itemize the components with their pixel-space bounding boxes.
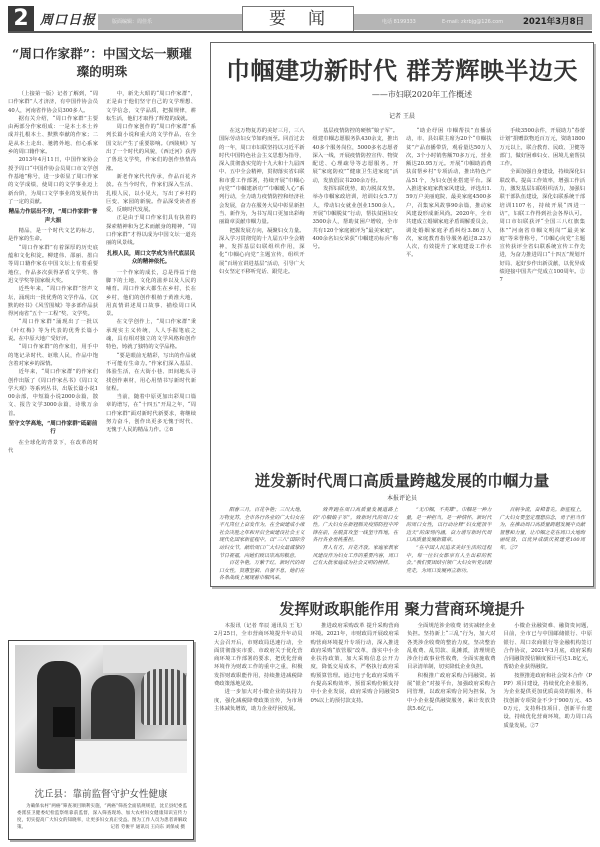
- finance-article-columns: 本报讯（记者 牟辰 通讯员 王飞）2月25日，全市营商环境提升年动员大会召开后，…: [214, 622, 592, 730]
- paragraph: 发挥妇联优势，助力脱贫攻坚。举办巾帼家政培训，培训妇女5.7万人，带动妇女就业创…: [313, 185, 399, 251]
- paragraph: 阳春三月，百花争艳；三川大地，万物复苏。全市各行各业的广大妇女在平凡岗位上奋发作…: [219, 507, 305, 560]
- commentary-col-1: 阳春三月，百花争艳；三川大地，万物复苏。全市各行各业的广大妇女在平凡岗位上奋发作…: [219, 507, 305, 583]
- paragraph: 小微企业融资难、融资贵问题，目前，全市已与中国邮储银行、中原银行、周口农商银行等…: [504, 622, 593, 672]
- main-article-columns: 在这万物复苏的美好三月，三八国际劳动妇女节如约而至。回首过去的一年，周口市妇联坚…: [219, 127, 585, 285]
- paragraph: 推进政府采购改革 提升采购营商环境。2021年，市财政局开展政府采购营商环境提升…: [311, 622, 400, 705]
- paragraph: 进一步加大对小微企业的扶持力度，强化减税降费政策宣传，为市场主体减负增效，助力企…: [214, 688, 303, 713]
- main-subheadline: ——市妇联2020年工作概述: [211, 89, 593, 100]
- photo-bed: [75, 739, 187, 773]
- paragraph: 当前，随着中原更加出彩周口篇章的谱写，在“十四五”开局之年，“周口作家群”面对新…: [106, 393, 196, 434]
- section-title: 要闻: [242, 6, 354, 32]
- subheading: 坚守文学高地，“周口作家群”砥砺前行: [8, 420, 98, 437]
- photo-news-box: 沈丘县：靠前监督守护女性健康 为确保农村“两癌”筛查项目顺利实施，“两癌”筛查全…: [8, 640, 194, 840]
- main-col-4: 手续3500余件，开展助力“春蕾计划”捐赠款物近百万元，资助1800万元以上，联…: [500, 127, 586, 285]
- paragraph: 近年来，“周口作家群”的作家们创作出版了《周口作家丛书》《周口文学大观》等系列丛…: [8, 368, 98, 418]
- commentary-col-2: 致奔跑在周口高质量发展道路上的“巾帼娘子军”，致新时代的周口女性。广大妇女在新冠…: [313, 507, 399, 583]
- paragraph: （上接第一版）记者了解到，“周口作家群”人才济济，有中国作协会员40人，河南省作…: [8, 90, 98, 115]
- finance-col-1: 本报讯（记者 牟辰 通讯员 王飞）2月25日，全市营商环境提升年动员大会召开后，…: [214, 622, 303, 730]
- commentary-headline: 迸发新时代周口高质量跨越发展的巾帼力量: [211, 469, 593, 491]
- commentary-col-3: “无巾帼，不英雄”。巾帼是一种力量，是一种担当，是一种情怀。新时代的周口女性，以…: [406, 507, 492, 583]
- paragraph: 新老作家代代传承，作品百花齐放。在当今时代，作家们深入生活、扎根人民，以小见大，…: [106, 173, 196, 214]
- subheading: 精品力作层出不穷，“周口作家群”誉声大振: [8, 208, 98, 225]
- paragraph: 在文学创作上，“周口作家群”秉承现实主义传统，人人手握笔底之魂，具有相对独立的文…: [106, 318, 196, 351]
- main-feature-box: 巾帼建功新时代 群芳辉映半边天 ——市妇联2020年工作概述 记者 王晨 在这万…: [210, 42, 594, 587]
- left-article-columns: （上接第一版）记者了解到，“周口作家群”人才济济，有中国作协会员40人，河南省作…: [8, 90, 196, 456]
- paragraph: 育人有方，百花齐放。家庭家教家风建设作为妇女工作的重要内容，周口已有大批家庭成为…: [313, 545, 399, 568]
- paragraph: 2013年4月11日，中国作家协会授予周口“中国作协会员周口市文学创作基地”称号…: [8, 156, 98, 206]
- paragraph: 百花争艳，万紫千红。新时代的周口女性，贤惠坚毅、自强不息，她们在各条战线上展现着…: [219, 560, 305, 583]
- finance-col-4: 小微企业融资难、融资贵问题，目前，全市已与中国邮储银行、中原银行、周口农商银行等…: [504, 622, 593, 730]
- commentary-columns: 阳春三月，百花争艳；三川大地，万物复苏。全市各行各业的广大妇女在平凡岗位上奋发作…: [219, 507, 585, 583]
- left-article-col-2: 中，新先大昭的“周口作家群”，正是由于他们坚守自己的文学理想、文学信念，文学品质…: [106, 90, 196, 456]
- finance-col-3: 全面规范涉企收费 切实减轻企业负担。坚持新上“三乱”行为，加大对各类涉企收费的整…: [407, 622, 496, 730]
- paragraph: 百舸争流，奋楫者先。新征程上，广大妇女要坚定理想信念，勇于担当作为，在推动周口高…: [500, 507, 586, 553]
- paragraph: “无巾帼，不英雄”。巾帼是一种力量，是一种担当，是一种情怀。新时代的周口女性，以…: [406, 507, 492, 545]
- paragraph: 全面规范涉企收费 切实减轻企业负担。坚持新上“三乱”行为，加大对各类涉企收费的整…: [407, 622, 496, 672]
- newspaper-logo: 周口日报: [40, 9, 96, 28]
- main-col-1: 在这万物复苏的美好三月，三八国际劳动妇女节如约而至。回首过去的一年，周口市妇联坚…: [219, 127, 305, 285]
- paragraph: 在全球化的背景下，在改革的时代: [8, 439, 98, 456]
- paragraph: “周口作家群”的作家们，用手中的笔记录时代、讴歌人民，作品中饱含着对家乡的深情。: [8, 343, 98, 368]
- main-col-3: “助企纾困 巾帼帮扶”直播活动，市、县妇联主席为20个“巾帼扶贫”产品直播带货，…: [406, 127, 492, 285]
- paragraph: 基层疫情防控的硬核“娘子军”。组建巾帼志愿服务队430余支，推出40多个服务岗位…: [313, 127, 399, 185]
- page-number: 2: [8, 6, 34, 32]
- left-article-title: “周口作家群”：中国文坛一颗璀璨的明珠: [8, 44, 196, 80]
- paragraph: 全面加强自身建设，持续深化妇联改革。提高工作效率，增强工作活力，激发基层妇联组织…: [500, 168, 586, 284]
- paragraph: “要是眼前无精彩，写出的作品就不可能有生命力。”作家们深入基层、体验生活，在大街…: [106, 352, 196, 393]
- paragraph: 在这万物复苏的美好三月，三八国际劳动妇女节如约而至。回首过去的一年，周口市妇联坚…: [219, 127, 305, 227]
- commentary-col-4: 百舸争流，奋楫者先。新征程上，广大妇女要坚定理想信念，勇于担当作为，在推动周口高…: [500, 507, 586, 583]
- paragraph: 一个作家的成长，总是得益于他脚下的土地，文化的滋养以及人民的哺育。周口作家大都生…: [106, 269, 196, 319]
- paragraph: “周口作家群”有着深厚的历史底蕴和文化积淀。柳建伟、邵丽、墨白等周口籍作家在中国…: [8, 244, 98, 285]
- paragraph: 周口作家创作的“周口作家群”系列长篇小说和重大的文学作品，在全国文坛产生了重要影…: [106, 123, 196, 173]
- paragraph: 精品，是一个时代文艺的标志，是作家的生命。: [8, 227, 98, 244]
- paragraph: 正是由于周口作家们具有执着的探索精神和为艺术而献身的精神，“周口作家群”才得以成…: [106, 214, 196, 247]
- paragraph: 本报讯（记者 牟辰 通讯员 王飞）2月25日，全市营商环境提升年动员大会召开后，…: [214, 622, 303, 688]
- photo-tablet: [53, 707, 75, 737]
- masthead-band-left: 版面编辑：周佳乐: [98, 14, 242, 30]
- main-byline: 记者 王晨: [211, 111, 593, 120]
- commentary-author: 本报评论员: [211, 493, 593, 502]
- paragraph: “在中国人民追求美好生活的过程中，每一位妇女都享有人生出彩的机会。”我们要团结引…: [406, 545, 492, 575]
- email-label: E-mail: zkrbjg@126.com: [442, 14, 503, 30]
- paragraph: “周口作家群”涌现出了一批以《叶红梅》等为代表的优秀长篇小说。在中原大地广受好评…: [8, 318, 98, 343]
- main-col-2: 基层疫情防控的硬核“娘子军”。组建巾帼志愿服务队430余支，推出40多个服务岗位…: [313, 127, 399, 285]
- photo-patient: [141, 669, 187, 725]
- paragraph: “助企纾困 巾帼帮扶”直播活动，市、县妇联主席为20个“巾帼扶贫”产品直播带货，…: [406, 127, 492, 260]
- main-headline: 巾帼建功新时代 群芳辉映半边天: [211, 51, 593, 86]
- finance-headline: 发挥财政职能作用 聚力营商环境提升: [210, 598, 594, 619]
- left-article: “周口作家群”：中国文坛一颗璀璨的明珠 （上接第一版）记者了解到，“周口作家群”…: [8, 40, 196, 456]
- finance-col-2: 推进政府采购改革 提升采购营商环境。2021年，市财政局开展政府采购营商环境提升…: [311, 622, 400, 730]
- issue-date: 2021年3月8日: [523, 14, 584, 30]
- caption-credit: 记者 劳俊平 通讯员 王向东 刘保成 摄: [110, 824, 185, 830]
- paragraph: 据有关介绍，“周口作家群”主要由两部分作家组成：一是本土本土养成并扎根本土、默默…: [8, 115, 98, 156]
- phone-label: 电话 8199333: [382, 14, 416, 30]
- masthead-rule: [8, 31, 592, 33]
- paragraph: 近些年来，“周口作家群”誉声文坛，涌现出一批优秀的文学作品，《沉默的经书》《风雪…: [8, 285, 98, 318]
- paragraph: 积极推广政府采购合同融资。拓展“银企”对接平台，加强政府采购合同管理，以政府采购…: [407, 672, 496, 713]
- masthead: 2 周口日报 版面编辑：周佳乐 要闻 电话 8199333 E-mail: zk…: [0, 0, 600, 33]
- left-article-col-1: （上接第一版）记者了解到，“周口作家群”人才济济，有中国作协会员40人，河南省作…: [8, 90, 98, 456]
- paragraph: 中，新先大昭的“周口作家群”，正是由于他们坚守自己的文学理想、文学信念，文学品质…: [106, 90, 196, 123]
- paragraph: 手续3500余件，开展助力“春蕾计划”捐赠款物近百万元，资助1800万元以上，联…: [500, 127, 586, 168]
- news-photo: [15, 645, 187, 773]
- paragraph: 按照推进政府和社会资本合作（PPP）项目建设，持续优化企业服务，为企业提供更加优…: [504, 672, 593, 730]
- paragraph: 致奔跑在周口高质量发展道路上的“巾帼娘子军”，致新时代的周口女性。广大妇女在新冠…: [313, 507, 399, 545]
- editor-label: 版面编辑：周佳乐: [98, 14, 242, 30]
- paragraph: 把握发展方向，凝聚妇女力量。深入学习贯彻党的十九届五中全会精神，发挥基层妇联组织…: [219, 227, 305, 277]
- caption-title: 沈丘县：靠前监督守护女性健康: [9, 786, 193, 800]
- subheading: 扎根人民，周口文学成为当代底层民众的精神依托。: [106, 250, 196, 267]
- masthead-band-right: 电话 8199333 E-mail: zkrbjg@126.com 2021年3…: [354, 14, 592, 30]
